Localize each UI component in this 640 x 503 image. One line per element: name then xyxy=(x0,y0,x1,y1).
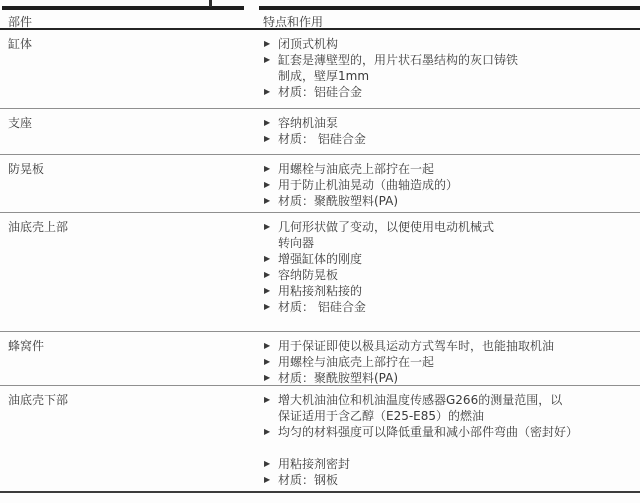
bullet-icon: ▶ xyxy=(258,283,278,299)
top-rule-right xyxy=(259,6,640,10)
bullet-icon: ▶ xyxy=(258,354,278,370)
feature-item: ▶容纳防晃板 xyxy=(258,267,632,283)
features-cell: ▶用螺栓与油底壳上部拧在一起▶用于防止机油晃动（曲轴造成的）▶材质：聚酰胺塑料(… xyxy=(258,155,640,212)
top-rule-left xyxy=(2,6,244,10)
bullet-icon: ▶ xyxy=(258,84,278,100)
feature-text: 用螺栓与油底壳上部拧在一起 xyxy=(278,354,632,370)
feature-text: 材质：钢板 xyxy=(278,472,632,488)
table-row: 支座▶容纳机油泵▶材质： 铝硅合金 xyxy=(0,109,640,155)
bullet-icon: ▶ xyxy=(258,177,278,193)
bullet-icon: ▶ xyxy=(258,472,278,488)
table-row: 缸体▶闭顶式机构▶缸套是薄壁型的，用片状石墨结构的灰口铸铁 制成，壁厚1mm▶材… xyxy=(0,30,640,109)
feature-text: 增大机油油位和机油温度传感器G266的测量范围，以 保证适用于含乙醇（E25-E… xyxy=(278,392,632,424)
feature-item: ▶用螺栓与油底壳上部拧在一起 xyxy=(258,354,632,370)
bullet-icon: ▶ xyxy=(258,370,278,386)
feature-text: 材质：聚酰胺塑料(PA) xyxy=(278,193,632,209)
feature-item: ▶材质： 铝硅合金 xyxy=(258,131,632,147)
features-cell: ▶容纳机油泵▶材质： 铝硅合金 xyxy=(258,109,640,154)
part-name-cell: 蜂窝件 xyxy=(0,332,258,385)
feature-item: ▶材质：聚酰胺塑料(PA) xyxy=(258,193,632,209)
bullet-icon: ▶ xyxy=(258,392,278,424)
feature-item: ▶用于保证即使以极具运动方式驾车时，也能抽取机油 xyxy=(258,338,632,354)
feature-item: ▶材质：聚酰胺塑料(PA) xyxy=(258,370,632,386)
feature-item: ▶用于防止机油晃动（曲轴造成的） xyxy=(258,177,632,193)
part-name-cell: 支座 xyxy=(0,109,258,154)
feature-text: 材质：铝硅合金 xyxy=(278,84,632,100)
feature-item: ▶增强缸体的刚度 xyxy=(258,251,632,267)
feature-text: 材质： 铝硅合金 xyxy=(278,299,632,315)
feature-item: ▶缸套是薄壁型的，用片状石墨结构的灰口铸铁 制成，壁厚1mm xyxy=(258,52,632,84)
bullet-icon: ▶ xyxy=(258,131,278,147)
feature-item: ▶用粘接剂密封 xyxy=(258,456,632,472)
features-cell: ▶用于保证即使以极具运动方式驾车时，也能抽取机油▶用螺栓与油底壳上部拧在一起▶材… xyxy=(258,332,640,385)
feature-item: ▶容纳机油泵 xyxy=(258,115,632,131)
feature-text: 容纳机油泵 xyxy=(278,115,632,131)
feature-item: ▶几何形状做了变动，以便使用电动机械式 转向器 xyxy=(258,219,632,251)
features-cell: ▶几何形状做了变动，以便使用电动机械式 转向器▶增强缸体的刚度▶容纳防晃板▶用粘… xyxy=(258,213,640,331)
bullet-icon: ▶ xyxy=(258,36,278,52)
part-name-cell: 防晃板 xyxy=(0,155,258,212)
part-name-cell: 油底壳下部 xyxy=(0,386,258,491)
features-cell: ▶增大机油油位和机油温度传感器G266的测量范围，以 保证适用于含乙醇（E25-… xyxy=(258,386,640,491)
feature-text: 几何形状做了变动，以便使用电动机械式 转向器 xyxy=(278,219,632,251)
feature-spacer xyxy=(258,440,632,456)
feature-item: ▶均匀的材料强度可以降低重量和减小部件弯曲（密封好） xyxy=(258,424,632,440)
document-page: 部件 特点和作用 缸体▶闭顶式机构▶缸套是薄壁型的，用片状石墨结构的灰口铸铁 制… xyxy=(0,0,640,503)
feature-item: ▶用粘接剂粘接的 xyxy=(258,283,632,299)
bullet-icon: ▶ xyxy=(258,251,278,267)
feature-text: 用粘接剂密封 xyxy=(278,456,632,472)
feature-text: 闭顶式机构 xyxy=(278,36,632,52)
features-cell: ▶闭顶式机构▶缸套是薄壁型的，用片状石墨结构的灰口铸铁 制成，壁厚1mm▶材质：… xyxy=(258,30,640,108)
bullet-icon: ▶ xyxy=(258,219,278,251)
part-name-cell: 油底壳上部 xyxy=(0,213,258,331)
feature-item: ▶材质： 铝硅合金 xyxy=(258,299,632,315)
top-tick-mark xyxy=(209,0,212,7)
feature-text: 均匀的材料强度可以降低重量和减小部件弯曲（密封好） xyxy=(278,424,632,440)
feature-text: 用于防止机油晃动（曲轴造成的） xyxy=(278,177,632,193)
feature-text: 容纳防晃板 xyxy=(278,267,632,283)
bullet-icon: ▶ xyxy=(258,52,278,84)
bullet-icon: ▶ xyxy=(258,115,278,131)
part-name-cell: 缸体 xyxy=(0,30,258,108)
feature-text: 用于保证即使以极具运动方式驾车时，也能抽取机油 xyxy=(278,338,632,354)
bullet-icon: ▶ xyxy=(258,267,278,283)
bullet-icon: ▶ xyxy=(258,161,278,177)
table-row: 蜂窝件▶用于保证即使以极具运动方式驾车时，也能抽取机油▶用螺栓与油底壳上部拧在一… xyxy=(0,332,640,386)
bullet-icon: ▶ xyxy=(258,424,278,440)
feature-text: 材质： 铝硅合金 xyxy=(278,131,632,147)
table-row: 油底壳上部▶几何形状做了变动，以便使用电动机械式 转向器▶增强缸体的刚度▶容纳防… xyxy=(0,213,640,332)
table-row: 防晃板▶用螺栓与油底壳上部拧在一起▶用于防止机油晃动（曲轴造成的）▶材质：聚酰胺… xyxy=(0,155,640,213)
table-row: 油底壳下部▶增大机油油位和机油温度传感器G266的测量范围，以 保证适用于含乙醇… xyxy=(0,386,640,493)
bullet-icon: ▶ xyxy=(258,299,278,315)
feature-item: ▶用螺栓与油底壳上部拧在一起 xyxy=(258,161,632,177)
feature-text: 缸套是薄壁型的，用片状石墨结构的灰口铸铁 制成，壁厚1mm xyxy=(278,52,632,84)
bullet-icon: ▶ xyxy=(258,193,278,209)
bullet-icon: ▶ xyxy=(258,456,278,472)
feature-item: ▶闭顶式机构 xyxy=(258,36,632,52)
feature-item: ▶材质：钢板 xyxy=(258,472,632,488)
table-body: 缸体▶闭顶式机构▶缸套是薄壁型的，用片状石墨结构的灰口铸铁 制成，壁厚1mm▶材… xyxy=(0,28,640,493)
feature-text: 材质：聚酰胺塑料(PA) xyxy=(278,370,632,386)
feature-text: 增强缸体的刚度 xyxy=(278,251,632,267)
feature-text: 用粘接剂粘接的 xyxy=(278,283,632,299)
feature-text: 用螺栓与油底壳上部拧在一起 xyxy=(278,161,632,177)
feature-item: ▶增大机油油位和机油温度传感器G266的测量范围，以 保证适用于含乙醇（E25-… xyxy=(258,392,632,424)
feature-item: ▶材质：铝硅合金 xyxy=(258,84,632,100)
bullet-icon: ▶ xyxy=(258,338,278,354)
